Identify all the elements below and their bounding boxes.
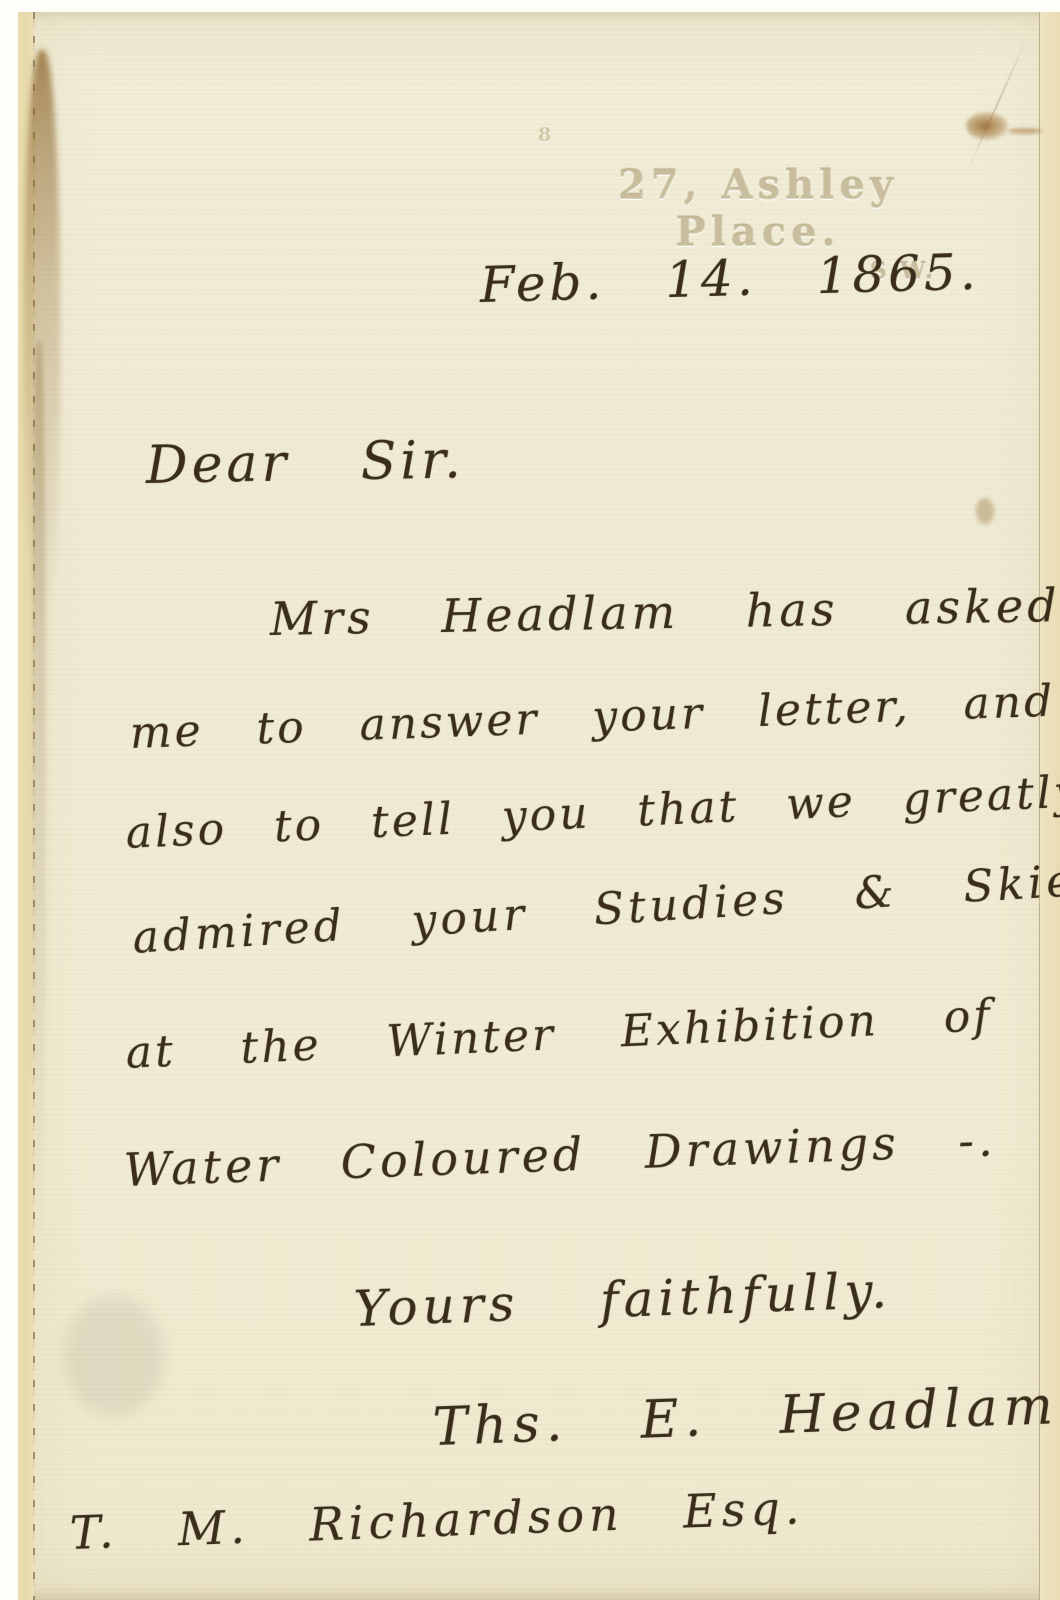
body-line: admired your Studies & Skies bbox=[131, 858, 1060, 961]
letter-page: 8 27, Ashley Place. S.W. Feb. 14. 1865. … bbox=[18, 12, 1060, 1600]
foxing-spot-right bbox=[976, 498, 994, 524]
left-fold-edge bbox=[18, 12, 34, 1600]
left-fold-stitch-line bbox=[33, 12, 35, 1600]
smudge-bottom-left bbox=[64, 1296, 164, 1416]
body-line: Water Coloured Drawings -. bbox=[123, 1117, 997, 1193]
body-line: at the Winter Exhibition of bbox=[125, 994, 994, 1076]
letterhead-address: 27, Ashley Place. bbox=[558, 162, 958, 256]
addressee-line: T. M. Richardson Esq. bbox=[69, 1484, 805, 1556]
date-line: Feb. 14. 1865. bbox=[479, 247, 980, 310]
salutation: Dear Sir. bbox=[145, 434, 465, 492]
closing-line: Yours faithfully. bbox=[353, 1265, 893, 1334]
signature: Ths. E. Headlam bbox=[432, 1380, 1060, 1454]
top-right-crease bbox=[966, 36, 1029, 174]
body-line: me to answer your letter, and bbox=[129, 680, 1056, 756]
foxing-dash-top-right bbox=[1008, 128, 1042, 134]
body-line: also to tell you that we greatly bbox=[125, 770, 1060, 856]
scanned-letter-image: 8 27, Ashley Place. S.W. Feb. 14. 1865. … bbox=[0, 0, 1060, 1600]
embossed-mark: 8 bbox=[538, 124, 551, 146]
body-line: Mrs Headlam has asked bbox=[270, 582, 1060, 642]
